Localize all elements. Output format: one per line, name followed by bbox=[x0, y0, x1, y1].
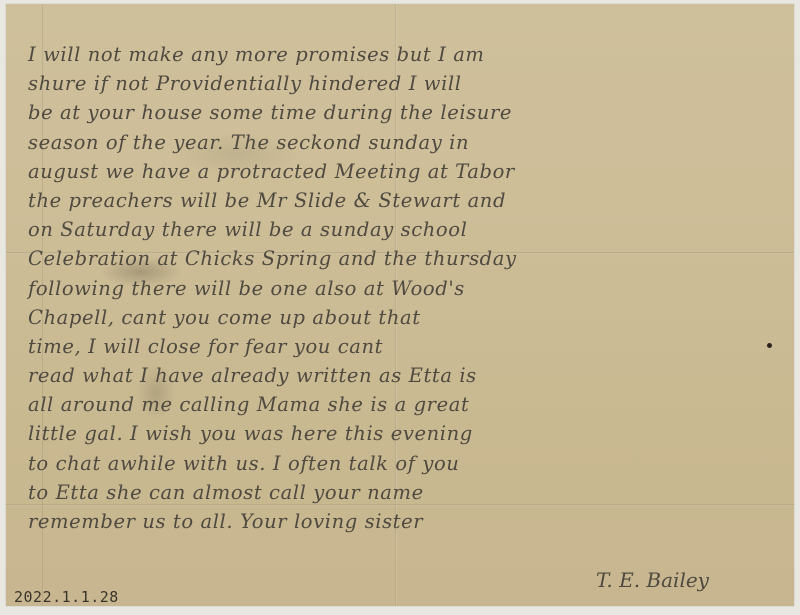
letter-line: shure if not Providentially hindered I w… bbox=[28, 69, 783, 98]
letter-body: I will not make any more promises but I … bbox=[28, 40, 783, 536]
letter-line: on Saturday there will be a sunday schoo… bbox=[28, 215, 783, 244]
letter-line: to chat awhile with us. I often talk of … bbox=[28, 449, 783, 478]
letter-line: august we have a protracted Meeting at T… bbox=[28, 157, 783, 186]
letter-line: little gal. I wish you was here this eve… bbox=[28, 419, 783, 448]
letter-line: read what I have already written as Etta… bbox=[28, 361, 783, 390]
letter-line: the preachers will be Mr Slide & Stewart… bbox=[28, 186, 783, 215]
letter-line: season of the year. The seckond sunday i… bbox=[28, 128, 783, 157]
ink-spot bbox=[767, 343, 772, 348]
letter-line: time, I will close for fear you cant bbox=[28, 332, 783, 361]
letter-line: remember us to all. Your loving sister bbox=[28, 507, 783, 536]
letter-line: all around me calling Mama she is a grea… bbox=[28, 390, 783, 419]
letter-line: following there will be one also at Wood… bbox=[28, 274, 783, 303]
letter-line: I will not make any more promises but I … bbox=[28, 40, 783, 69]
letter-line: to Etta she can almost call your name bbox=[28, 478, 783, 507]
letter-line: Chapell, cant you come up about that bbox=[28, 303, 783, 332]
catalog-number: 2022.1.1.28 bbox=[14, 588, 119, 606]
signature: T. E. Bailey bbox=[596, 568, 709, 592]
letter-line: be at your house some time during the le… bbox=[28, 98, 783, 127]
letter-line: Celebration at Chicks Spring and the thu… bbox=[28, 244, 783, 273]
